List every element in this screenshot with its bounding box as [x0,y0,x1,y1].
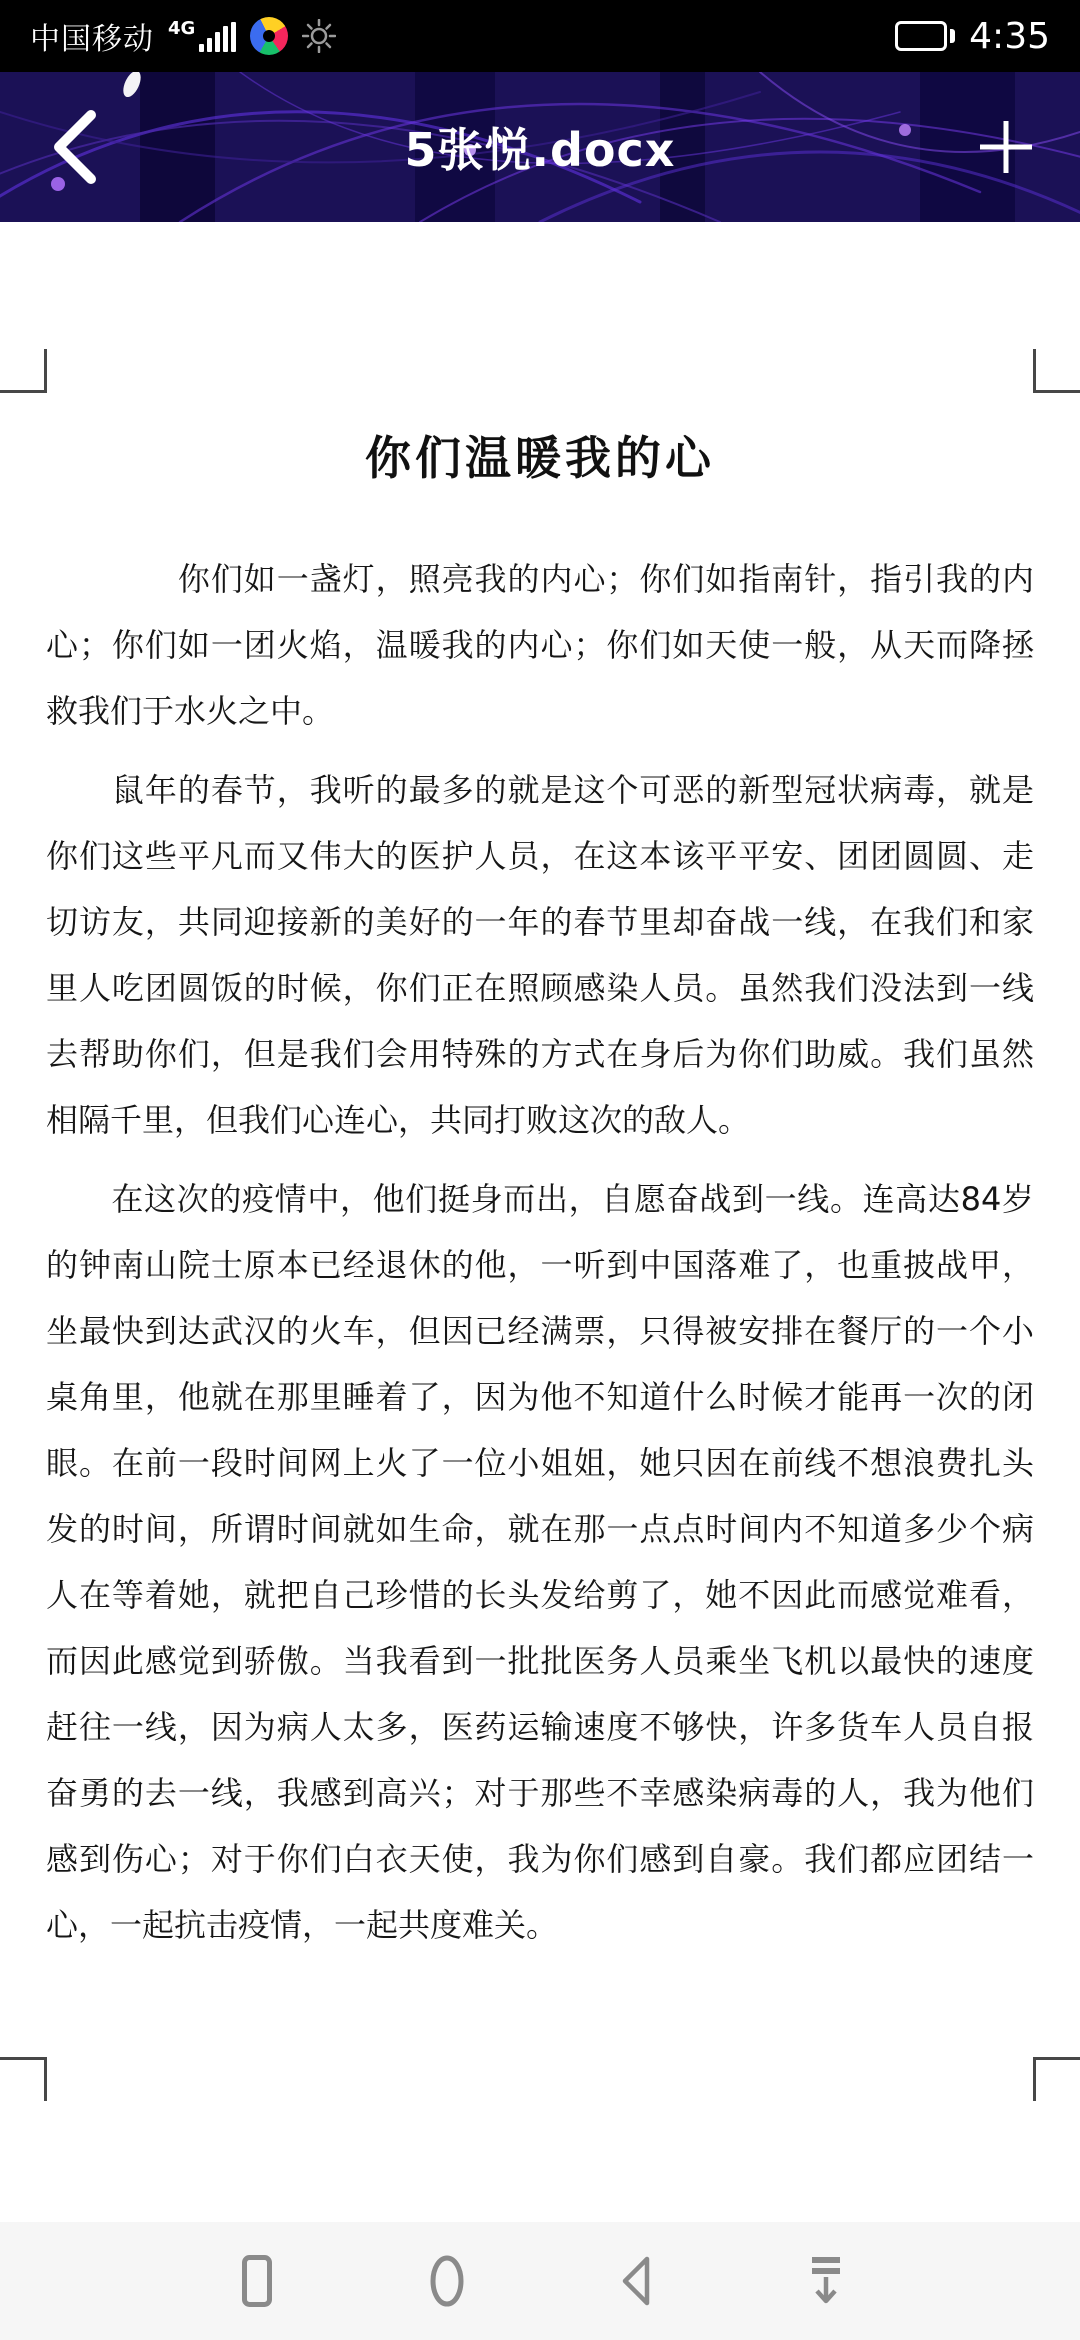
text-line: 赶往一线，因为病人太多，医药运输速度不够快，许多货车人员自报 [46,1694,1034,1760]
document-page: 你们温暖我的心 你们如一盏灯，照亮我的内心；你们如指南针，指引我的内心；你们如一… [0,222,1080,1958]
text-line: 里人吃团圆饭的时候，你们正在照顾感染人员。虽然我们没法到一线 [46,955,1034,1021]
text-line: 心，一起抗击疫情，一起共度难关。 [46,1892,1034,1958]
home-circle-icon [430,2255,464,2307]
header-background-pattern [0,72,1080,222]
recents-button[interactable] [233,2253,281,2309]
add-button[interactable] [966,97,1046,197]
text-line: 眼。在前一段时间网上火了一位小姐姐，她只因在前线不想浪费扎头 [46,1430,1034,1496]
carrier-label: 中国移动 [30,14,154,58]
page-corner-mark-top-right [1033,349,1080,393]
network-type-label: 4G [168,20,195,52]
text-line: 发的时间，所谓时间就如生命，就在那一点点时间内不知道多少个病 [46,1496,1034,1562]
page-corner-mark-bottom-right [1033,2057,1080,2101]
back-triangle-icon [621,2255,651,2307]
text-line: 救我们于水火之中。 [46,678,1034,744]
sun-brightness-icon [302,19,336,53]
phone-screen: 中国移动 4G [0,0,1080,2340]
text-line: 人在等着她，就把自己珍惜的长头发给剪了，她不因此而感觉难看， [46,1562,1034,1628]
text-line: 感到伤心；对于你们白衣天使，我为你们感到自豪。我们都应团结一 [46,1826,1034,1892]
signal-bars-icon [199,22,236,52]
text-line: 相隔千里，但我们心连心，共同打败这次的敌人。 [46,1087,1034,1153]
paragraph: 在这次的疫情中，他们挺身而出，自愿奋战到一线。连高达84岁的钟南山院士原本已经退… [46,1166,1034,1958]
page-corner-mark-bottom-left [0,2057,47,2101]
text-line: 你们如一盏灯，照亮我的内心；你们如指南针，指引我的内 [46,546,1034,612]
essay-title: 你们温暖我的心 [46,422,1034,488]
back-nav-button[interactable] [612,2253,660,2309]
text-line: 坐最快到达武汉的火车，但因已经满票，只得被安排在餐厅的一个小 [46,1298,1034,1364]
paragraph: 你们如一盏灯，照亮我的内心；你们如指南针，指引我的内心；你们如一团火焰，温暖我的… [46,546,1034,744]
app-header: 5张悦.docx [0,72,1080,222]
chevron-left-icon [51,109,97,185]
text-line: 心；你们如一团火焰，温暖我的内心；你们如天使一般，从天而降拯 [46,612,1034,678]
status-bar: 中国移动 4G [0,0,1080,72]
text-line: 去帮助你们，但是我们会用特殊的方式在身后为你们助威。我们虽然 [46,1021,1034,1087]
document-viewer[interactable]: 你们温暖我的心 你们如一盏灯，照亮我的内心；你们如指南针，指引我的内心；你们如一… [0,222,1080,2222]
hide-navbar-button[interactable] [802,2253,850,2309]
home-button[interactable] [423,2253,471,2309]
plus-icon [978,119,1034,175]
text-line: 桌角里，他就在那里睡着了，因为他不知道什么时候才能再一次的闭 [46,1364,1034,1430]
text-line: 而因此感觉到骄傲。当我看到一批批医务人员乘坐飞机以最快的速度 [46,1628,1034,1694]
recents-square-icon [242,2255,272,2307]
hide-navbar-arrow-icon [806,2255,846,2307]
text-line: 的钟南山院士原本已经退休的他，一听到中国落难了，也重披战甲， [46,1232,1034,1298]
notification-swirl-icon [250,17,288,55]
text-line: 你们这些平凡而又伟大的医护人员，在这本该平平安、团团圆圆、走 [46,823,1034,889]
text-line: 奋勇的去一线，我感到高兴；对于那些不幸感染病毒的人，我为他们 [46,1760,1034,1826]
battery-icon [895,21,955,51]
back-button[interactable] [34,97,114,197]
paragraph: 鼠年的春节，我听的最多的就是这个可恶的新型冠状病毒，就是你们这些平凡而又伟大的医… [46,757,1034,1153]
clock-label: 4:35 [969,16,1050,57]
network-indicator: 4G [168,20,236,52]
system-navigation-bar [0,2222,1080,2340]
text-line: 在这次的疫情中，他们挺身而出，自愿奋战到一线。连高达84岁 [46,1166,1034,1232]
page-corner-mark-top-left [0,349,47,393]
text-line: 鼠年的春节，我听的最多的就是这个可恶的新型冠状病毒，就是 [46,757,1034,823]
text-line: 切访友，共同迎接新的美好的一年的春节里却奋战一线，在我们和家 [46,889,1034,955]
